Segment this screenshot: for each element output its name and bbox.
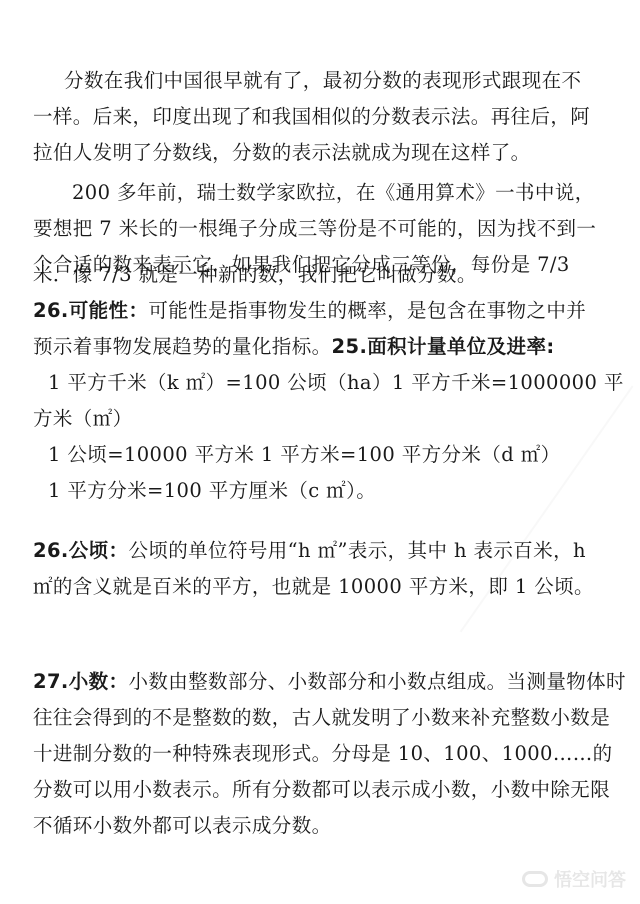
text-line: 要想把 7 米长的一根绳子分成三等份是不可能的，因为找不到一 xyxy=(33,217,613,241)
section-heading: 26.可能性： xyxy=(33,299,148,322)
section-body: 小数由整数部分、小数部分和小数点组成。当测量物体时 xyxy=(128,670,626,693)
watermark: 悟空问答 xyxy=(522,866,626,892)
section-possibility: 26.可能性：可能性是指事物发生的概率，是包含在事物之中并 xyxy=(33,299,613,323)
section-heading: 25.面积计量单位及进率: xyxy=(332,335,555,358)
text-line: 方米（㎡） xyxy=(33,407,613,431)
text-line: 1 平方分米=100 平方厘米（c ㎡）。 xyxy=(48,479,628,503)
text-line: 分数在我们中国很早就有了，最初分数的表现形式跟现在不 xyxy=(64,69,640,93)
section-body: 可能性是指事物发生的概率，是包含在事物之中并 xyxy=(148,299,586,322)
section-heading: 26.公顷： xyxy=(33,539,128,562)
watermark-text: 悟空问答 xyxy=(554,866,626,892)
text-line: 不循环小数外都可以表示成分数。 xyxy=(33,814,613,838)
chat-bubble-icon xyxy=(522,871,548,887)
text-line: 拉伯人发明了分数线，分数的表示法就成为现在这样了。 xyxy=(33,141,613,165)
document-page: 分数在我们中国很早就有了，最初分数的表现形式跟现在不 一样。后来，印度出现了和我… xyxy=(0,0,640,904)
text-line: ㎡的含义就是百米的平方，也就是 10000 平方米，即 1 公顷。 xyxy=(33,575,613,599)
section-body: 预示着事物发展趋势的量化指标。 xyxy=(33,335,332,358)
text-line: 分数可以用小数表示。所有分数都可以表示成小数，小数中除无限 xyxy=(33,778,613,802)
text-line: 1 公顷=10000 平方米 1 平方米=100 平方分米（d ㎡） xyxy=(48,443,628,467)
text-line: 200 多年前，瑞士数学家欧拉，在《通用算术》一书中说， xyxy=(72,181,640,205)
text-line: 米．像 7/3 就是一种新的数，我们把它叫做分数。 xyxy=(33,263,613,287)
text-line: 1 平方千米（k ㎡）=100 公顷（ha）1 平方千米=1000000 平 xyxy=(48,371,628,395)
text-line: 预示着事物发展趋势的量化指标。25.面积计量单位及进率: xyxy=(33,335,613,359)
section-hectare: 26.公顷：公顷的单位符号用“h ㎡”表示，其中 h 表示百米，h xyxy=(33,539,613,563)
text-line: 十进制分数的一种特殊表现形式。分母是 10、100、1000……的 xyxy=(33,742,613,766)
text-line: 一样。后来，印度出现了和我国相似的分数表示法。再往后，阿 xyxy=(33,105,613,129)
text-line: 往往会得到的不是整数的数，古人就发明了小数来补充整数小数是 xyxy=(33,706,613,730)
section-body: 公顷的单位符号用“h ㎡”表示，其中 h 表示百米，h xyxy=(128,539,586,562)
section-heading: 27.小数： xyxy=(33,670,128,693)
section-decimal: 27.小数：小数由整数部分、小数部分和小数点组成。当测量物体时 xyxy=(33,670,613,694)
